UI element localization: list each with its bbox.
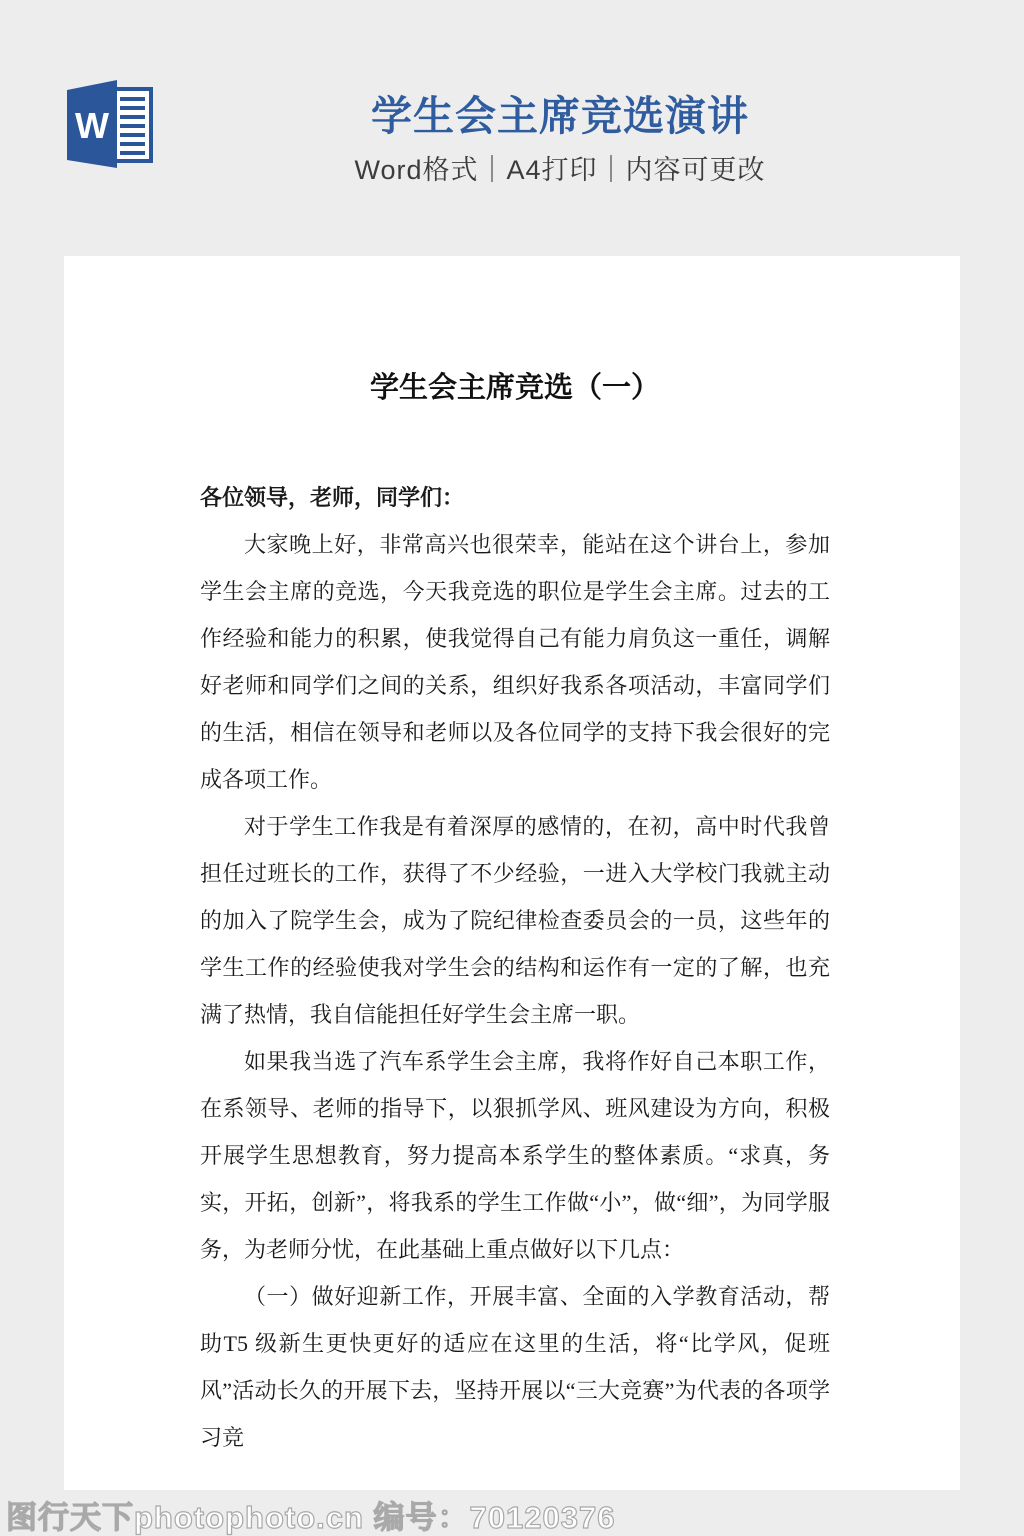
template-header: W 学生会主席竞选演讲 Word格式｜A4打印｜内容可更改 <box>0 0 1024 256</box>
word-icon: W <box>64 78 154 168</box>
svg-text:W: W <box>75 105 109 146</box>
document-body: 各位领导，老师，同学们： 大家晚上好，非常高兴也很荣幸，能站在这个讲台上，参加学… <box>200 474 830 1461</box>
document-title: 学生会主席竞选（一） <box>200 368 830 408</box>
template-title: 学生会主席竞选演讲 <box>300 92 820 140</box>
paragraph-3: 如果我当选了汽车系学生会主席，我将作好自己本职工作，在系领导、老师的指导下，以狠… <box>200 1038 830 1273</box>
paragraph-1: 大家晚上好，非常高兴也很荣幸，能站在这个讲台上，参加学生会主席的竞选，今天我竞选… <box>200 521 830 803</box>
template-subtitle: Word格式｜A4打印｜内容可更改 <box>300 154 820 186</box>
document-page: 学生会主席竞选（一） 各位领导，老师，同学们： 大家晚上好，非常高兴也很荣幸，能… <box>64 256 960 1490</box>
watermark-text: 图行天下photophoto.cn 编号：70120376 <box>6 1492 615 1536</box>
paragraph-4: （一）做好迎新工作，开展丰富、全面的入学教育活动，帮助T5 级新生更快更好的适应… <box>200 1273 830 1461</box>
greeting-line: 各位领导，老师，同学们： <box>200 474 830 521</box>
header-text-block: 学生会主席竞选演讲 Word格式｜A4打印｜内容可更改 <box>300 92 820 186</box>
paragraph-2: 对于学生工作我是有着深厚的感情的，在初，高中时代我曾担任过班长的工作，获得了不少… <box>200 803 830 1038</box>
